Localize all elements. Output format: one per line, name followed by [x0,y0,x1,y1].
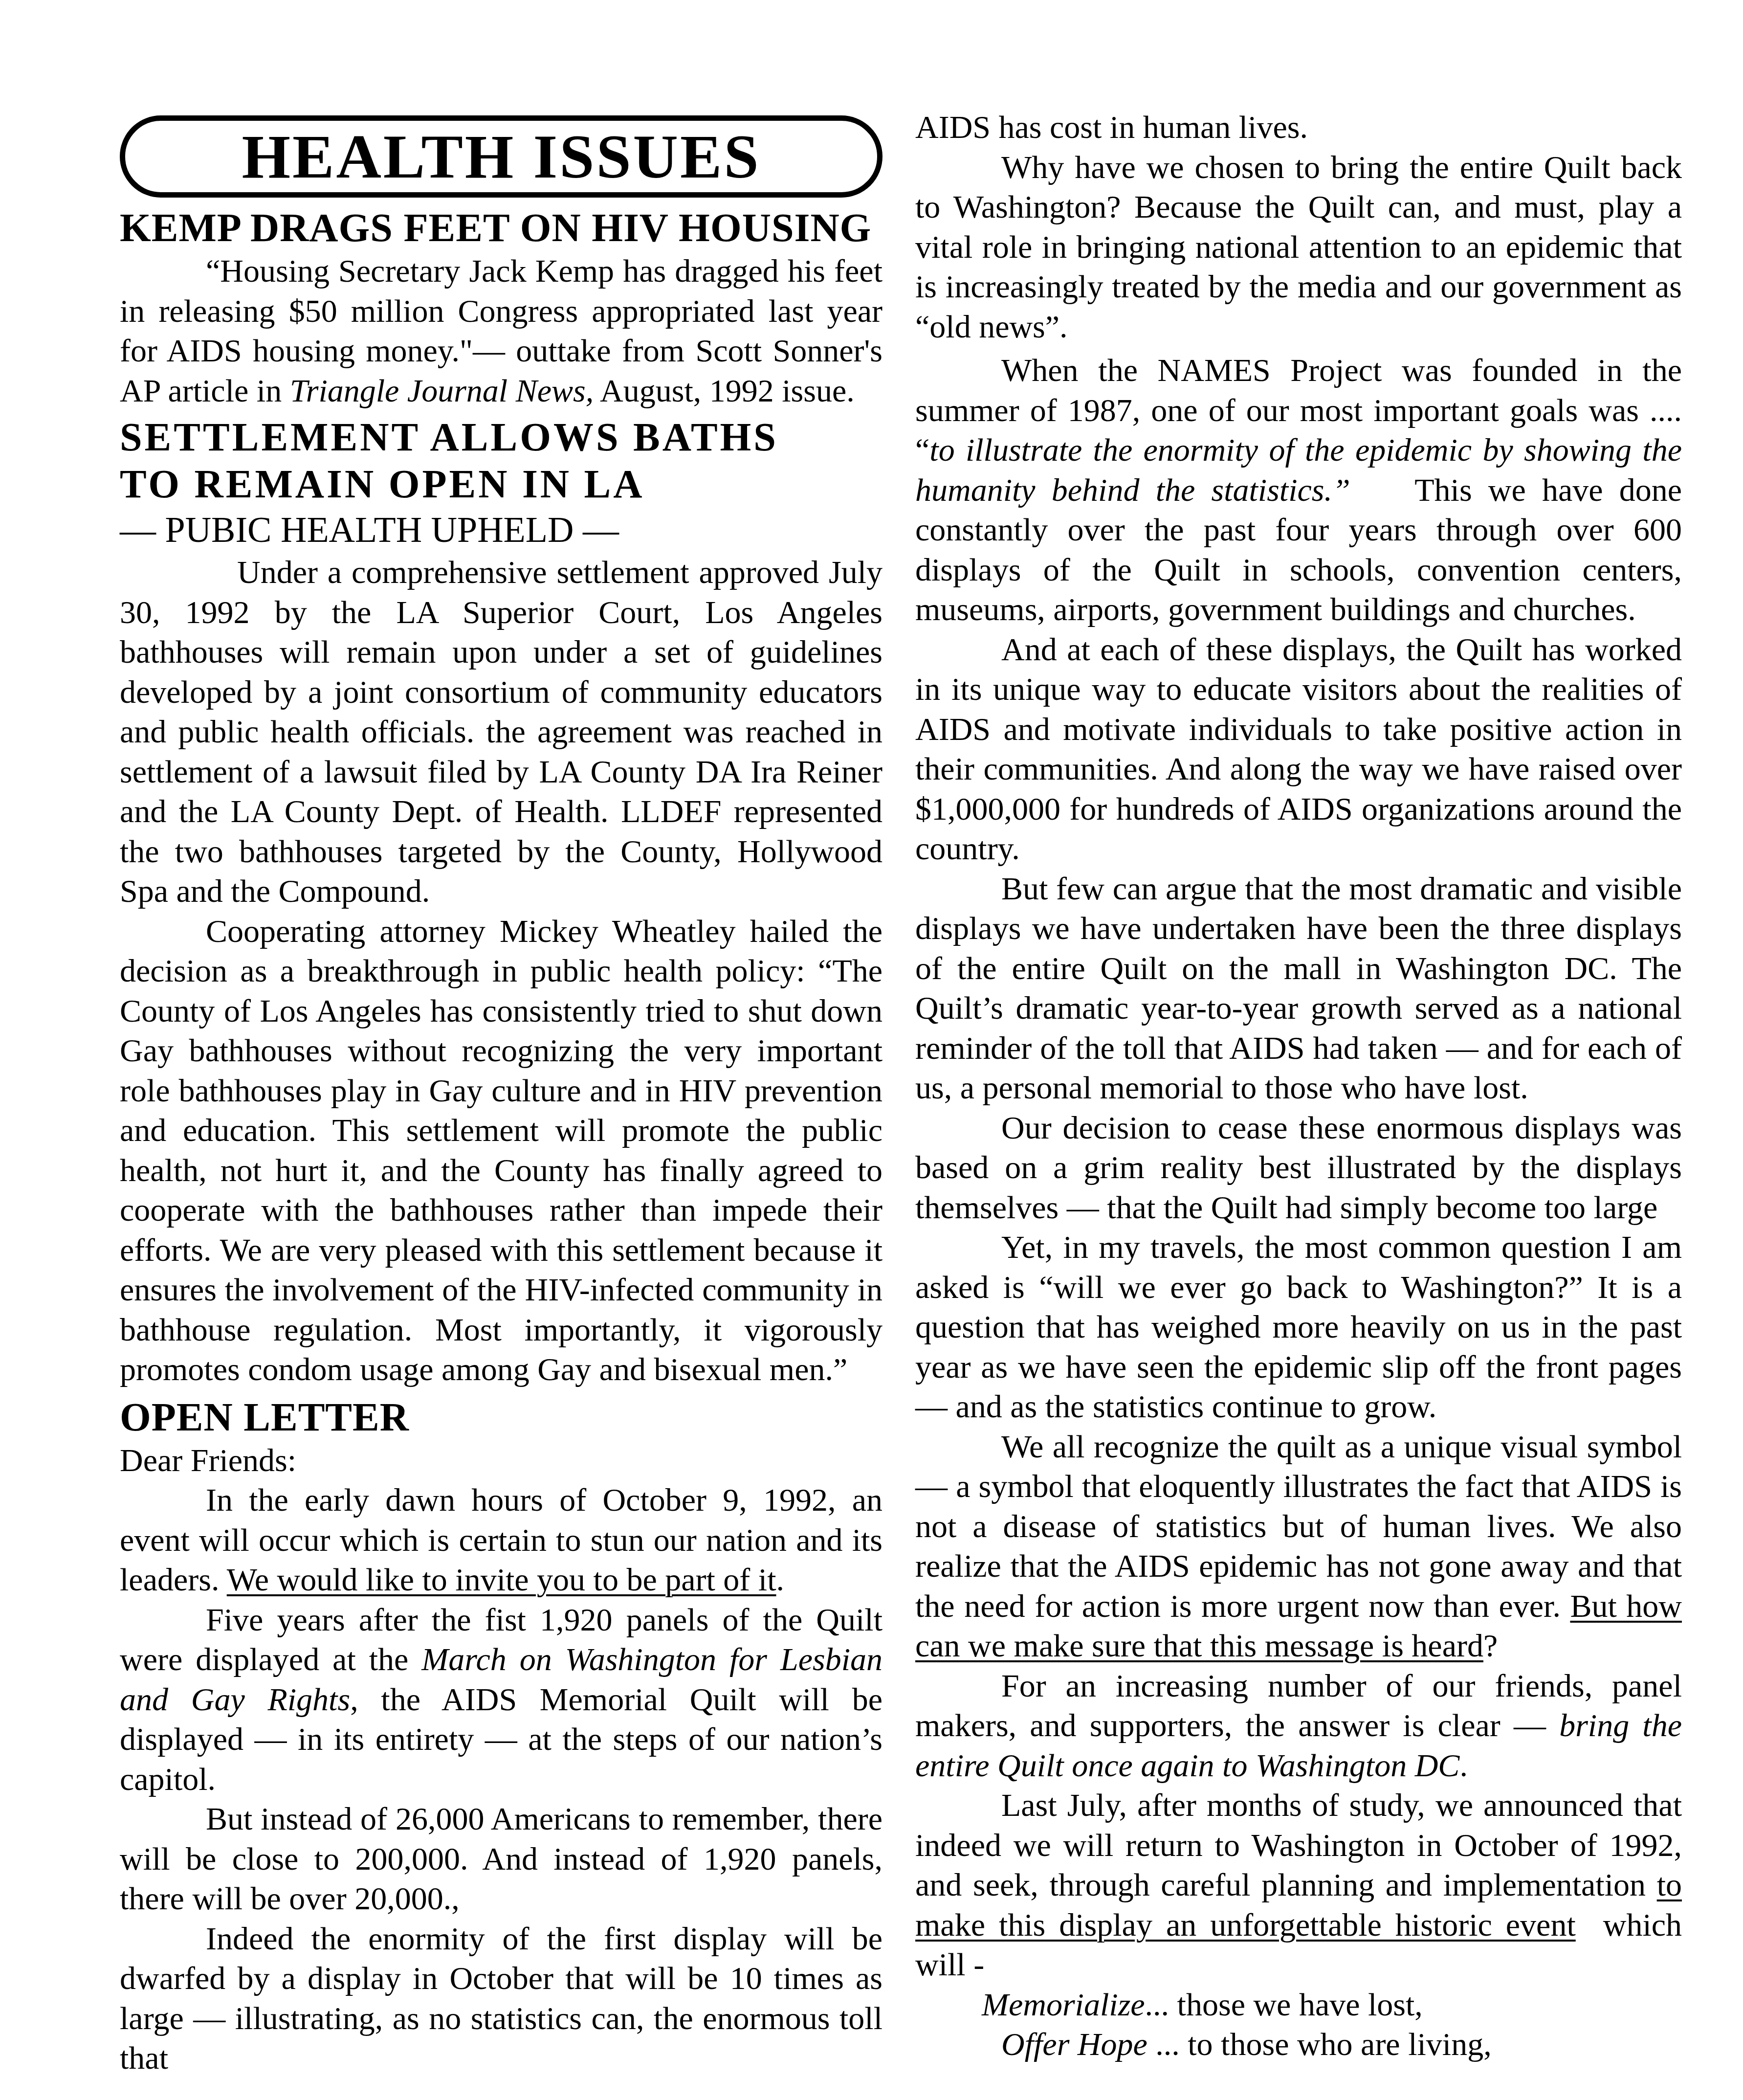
headline-open-letter: OPEN LETTER [120,1394,883,1441]
settlement-paragraph: Under a comprehensive settlement approve… [120,553,883,912]
article-kemp: KEMP DRAGS FEET ON HIV HOUSING “Housing … [120,204,883,411]
letter-text: . [776,1562,785,1598]
right-column: AIDS has cost in human lives. Why have w… [915,108,1682,2065]
letter-paragraph: But few can argue that the most dramatic… [915,869,1682,1108]
letter-text: We all recognize the quilt as a unique v… [915,1429,1682,1624]
headline-settlement-line2: TO REMAIN OPEN IN LA [120,461,883,508]
letter-paragraph: We all recognize the quilt as a unique v… [915,1427,1682,1666]
invite-underlined: We would like to invite you to be part o… [227,1562,776,1598]
headline-kemp: KEMP DRAGS FEET ON HIV HOUSING [120,204,883,251]
letter-paragraph: Indeed the enormity of the first display… [120,1919,883,2078]
letter-salutation: Dear Friends: [120,1441,883,1481]
section-banner-title: HEALTH ISSUES [242,125,760,188]
letter-paragraph: And at each of these displays, the Quilt… [915,630,1682,869]
goal-list-item: Offer Hope ... to those who are living, [915,2025,1682,2065]
goal-text: ... to those who are living, [1147,2027,1492,2062]
goal-keyword: Offer Hope [1001,2027,1147,2062]
left-column: HEALTH ISSUES KEMP DRAGS FEET ON HIV HOU… [120,115,883,2078]
letter-text: Last July, after months of study, we ann… [915,1787,1682,1903]
subhead-public-health: — PUBIC HEALTH UPHELD — [120,508,883,553]
letter-text: ? [1483,1628,1498,1664]
letter-paragraph: Yet, in my travels, the most common ques… [915,1228,1682,1427]
headline-settlement-line1: SETTLEMENT ALLOWS BATHS [120,414,883,461]
letter-paragraph: For an increasing number of our friends,… [915,1666,1682,1786]
letter-paragraph: But instead of 26,000 Americans to remem… [120,1799,883,1919]
goal-list-item: Memorialize... those we have lost, [915,1985,1682,2025]
article-kemp-body: “Housing Secretary Jack Kemp has dragged… [120,251,883,411]
letter-paragraph: Why have we chosen to bring the entire Q… [915,148,1682,347]
letter-paragraph: In the early dawn hours of October 9, 19… [120,1480,883,1600]
section-banner: HEALTH ISSUES [120,115,883,198]
settlement-paragraph: Cooperating attorney Mickey Wheatley hai… [120,912,883,1390]
letter-paragraph: Our decision to cease these enormous dis… [915,1108,1682,1228]
letter-text: . [1459,1748,1468,1784]
letter-continued: AIDS has cost in human lives. [915,108,1682,148]
letter-paragraph: When the NAMES Project was founded in th… [915,351,1682,630]
letter-paragraph: Five years after the fist 1,920 panels o… [120,1600,883,1800]
article-settlement: SETTLEMENT ALLOWS BATHS TO REMAIN OPEN I… [120,414,883,1390]
article-open-letter: OPEN LETTER Dear Friends: In the early d… [120,1394,883,2078]
kemp-source-publication: Triangle Journal News, [290,373,594,409]
letter-paragraph: Last July, after months of study, we ann… [915,1786,1682,1985]
goal-keyword: Memorialize [982,1987,1145,2023]
goal-text: ... those we have lost, [1145,1987,1423,2023]
kemp-source-date: August, 1992 issue. [594,373,855,409]
